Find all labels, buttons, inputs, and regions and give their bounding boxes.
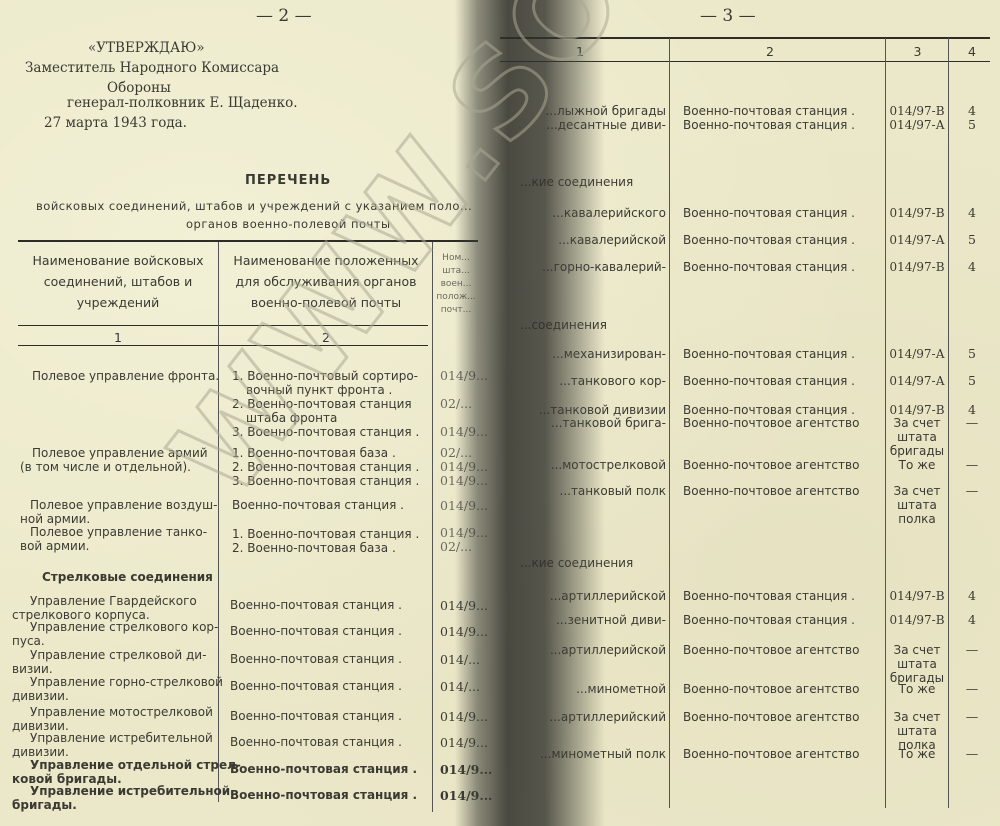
document-title: ПЕРЕЧЕНЬ: [245, 173, 331, 188]
right-column-number-4: 4: [952, 41, 992, 62]
column-header-3: Ном... шта... воен... полож... почт...: [436, 252, 476, 317]
table-top-rule: [18, 240, 478, 242]
page-number-left: — 2 —: [256, 6, 312, 26]
header-rule: [18, 325, 428, 326]
document-subtitle-2: органов военно-полевой почты: [186, 217, 391, 231]
right-column-divider-2: [885, 38, 886, 808]
column-number-1: 1: [20, 327, 216, 348]
section-heading-rifle: Стрелковые соединения: [42, 570, 213, 584]
document-subtitle-1: войсковых соединений, штабов и учреждени…: [36, 199, 472, 213]
right-column-number-2: 2: [740, 41, 800, 62]
column-divider-1: [218, 242, 219, 802]
column-number-2: 2: [222, 327, 430, 348]
right-table-top-rule: [500, 37, 990, 39]
right-column-divider-1: [669, 38, 670, 808]
approval-line-1: Заместитель Народного Комиссара: [25, 58, 279, 78]
column-divider-2: [432, 242, 433, 812]
approval-stamp: «УТВЕРЖДАЮ»: [88, 38, 205, 58]
right-column-number-3: 3: [890, 41, 945, 62]
right-column-divider-3: [948, 38, 949, 808]
page-number-right: — 3 —: [700, 6, 756, 26]
column-header-2: Наименование положенных для обслуживания…: [222, 250, 430, 313]
right-column-number-1: 1: [550, 41, 610, 62]
approval-date: 27 марта 1943 года.: [44, 113, 187, 133]
approval-line-3: генерал-полковник Е. Щаденко.: [67, 93, 298, 113]
column-header-1: Наименование войсковых соединений, штабо…: [20, 250, 216, 313]
